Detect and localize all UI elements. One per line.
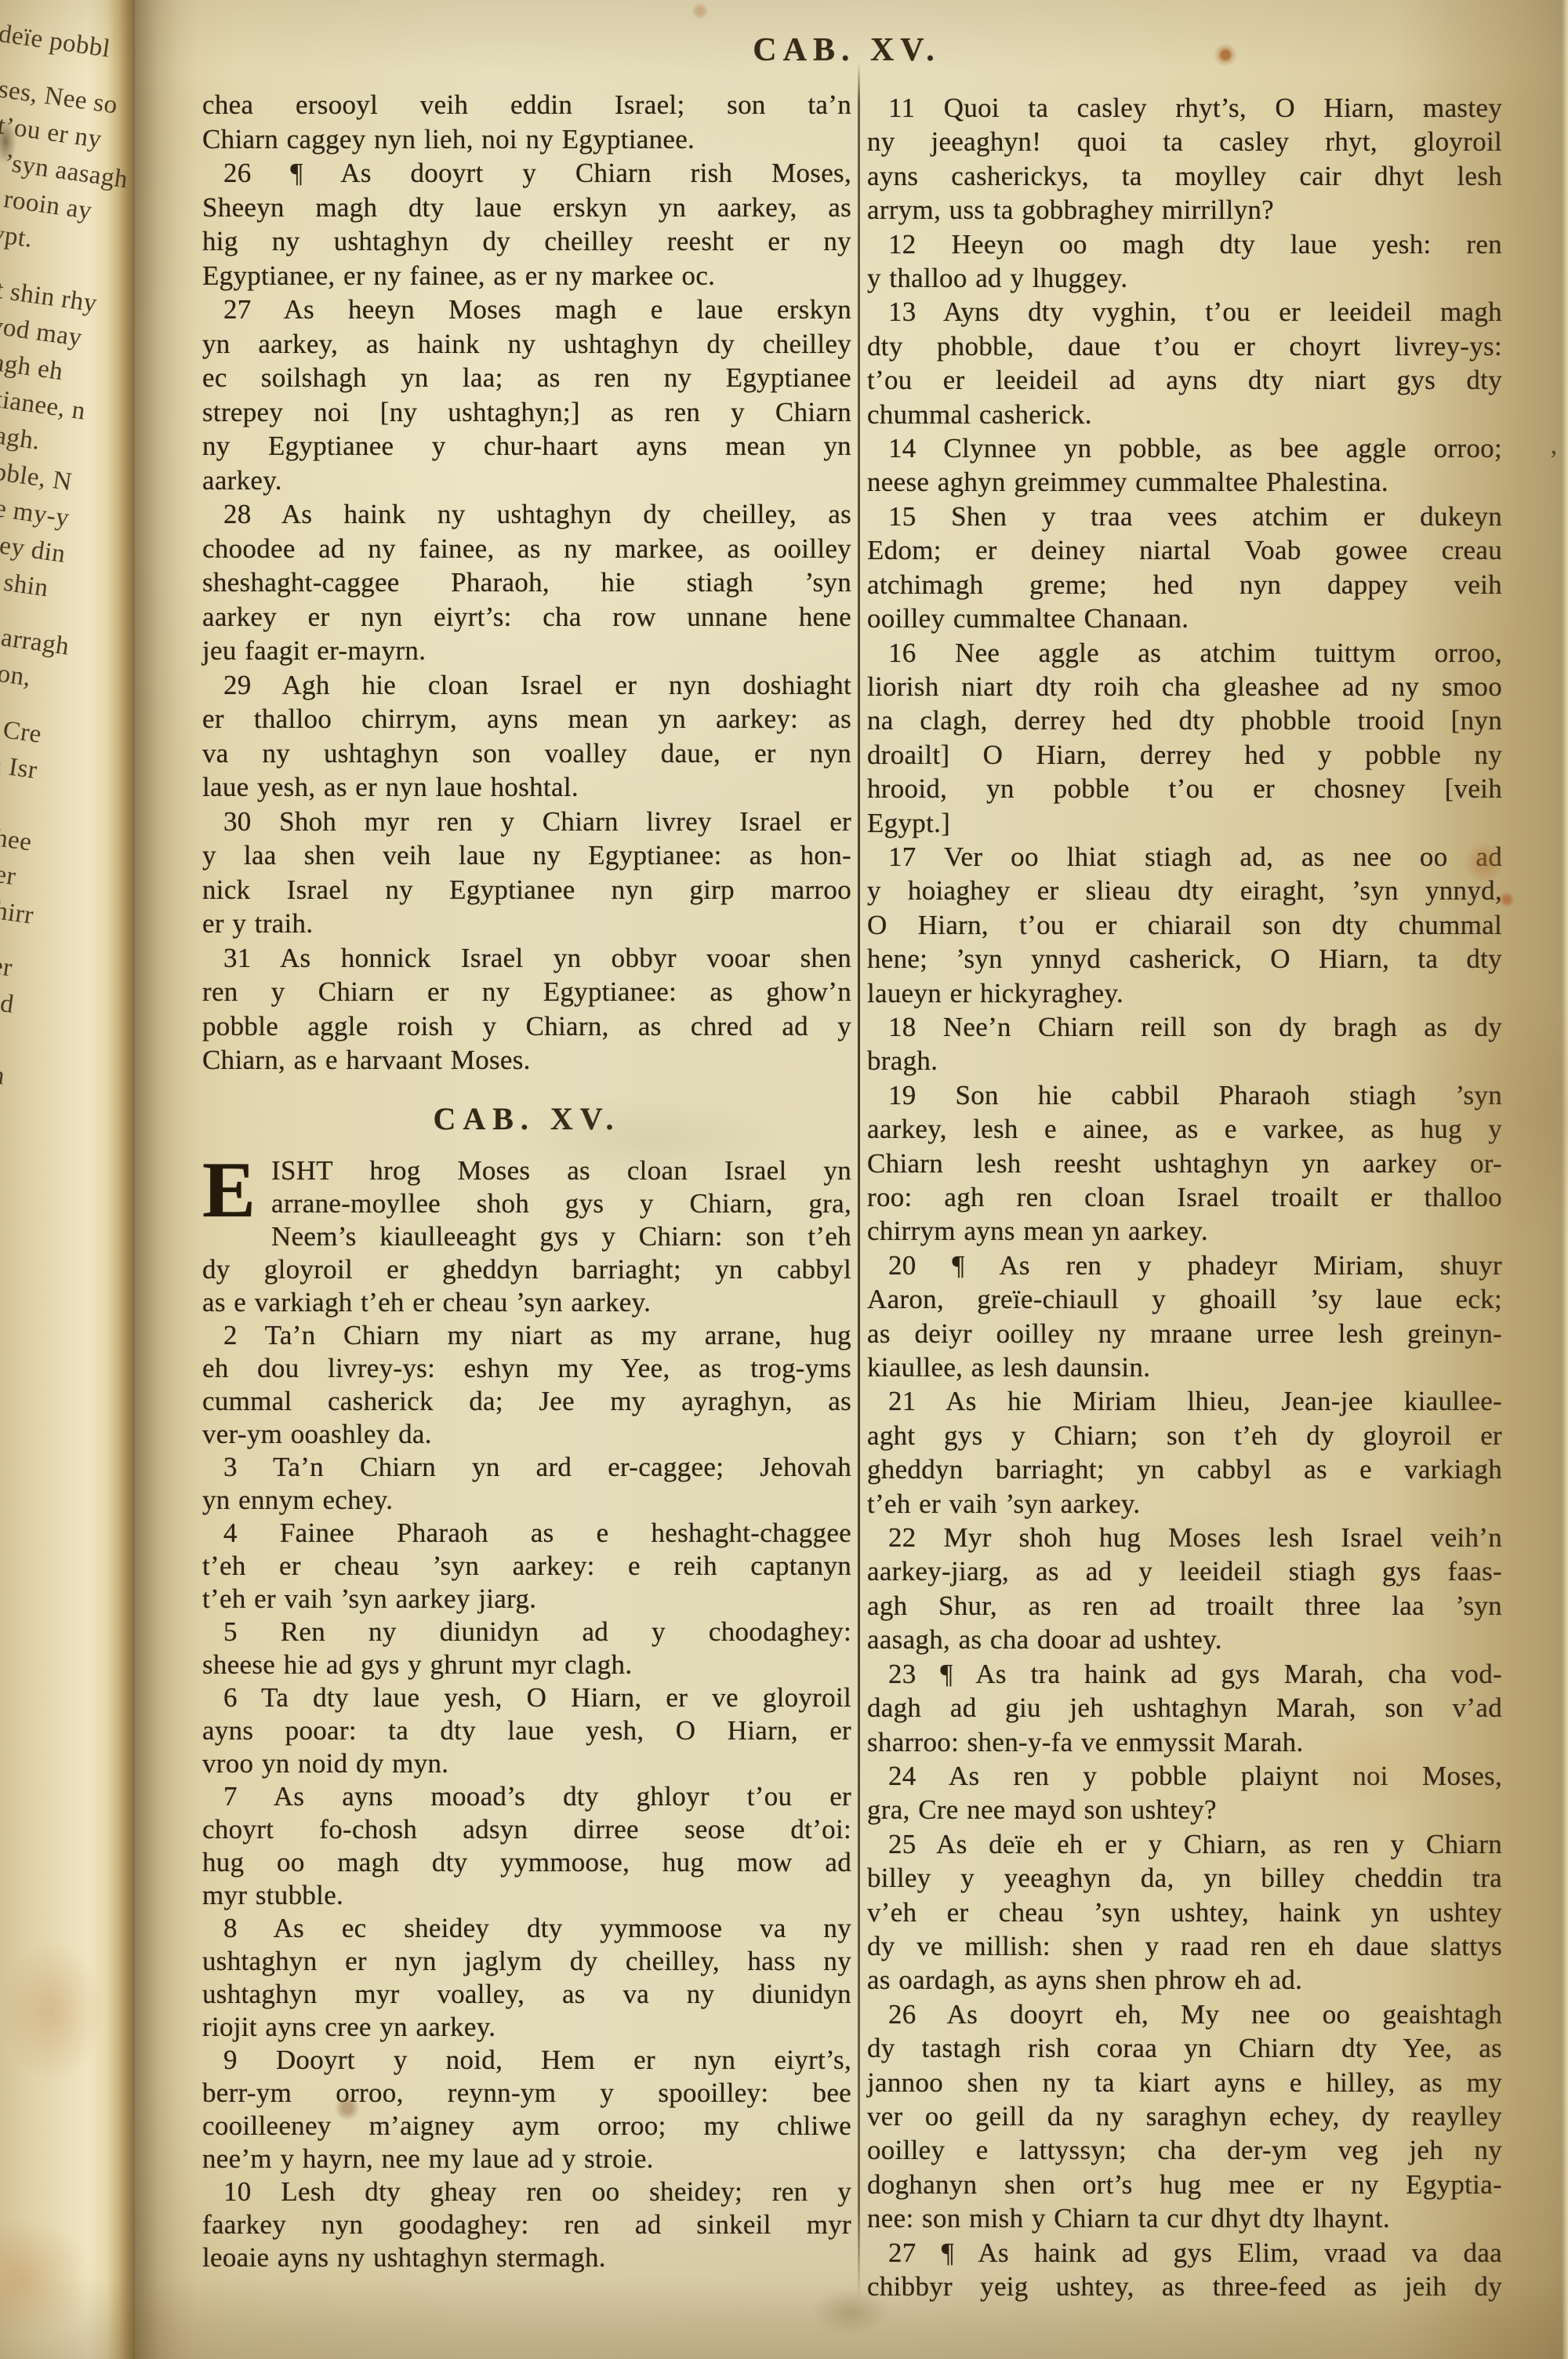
text-line: ec soilshagh yn laa; as ren ny Egyptiane…	[202, 361, 851, 395]
text-line: dy ve millish: shen y raad ren eh daue s…	[867, 1929, 1502, 1963]
text-line: nee’m y hayrn, nee my laue ad y stroie.	[202, 2143, 851, 2175]
text-line: er thalloo chirrym, ayns mean yn aarkey:…	[202, 702, 851, 736]
verse: 31 As honnick Israel yn obbyr vooar shen…	[202, 941, 851, 1078]
text-line: as e varkiagh t’eh er cheau ’syn aarkey.	[202, 1286, 851, 1319]
text-line: pobble aggle roish y Chiarn, as chred ad…	[202, 1009, 851, 1044]
verse: 19 Son hie cabbil Pharaoh stiagh ’synaar…	[867, 1078, 1502, 1249]
text-line: choyrt fo-chosh adsyn dirree seose dt’oi…	[202, 1813, 851, 1846]
verse: 13 Ayns dty vyghin, t’ou er leeideil mag…	[867, 295, 1502, 431]
verse: 6 Ta dty laue yesh, O Hiarn, er ve gloyr…	[202, 1681, 851, 1780]
text-line: Chiarn caggey nyn lieh, noi ny Egyptiane…	[202, 122, 851, 157]
verse: 26 ¶ As dooyrt y Chiarn rish Moses,Sheey…	[202, 156, 851, 293]
scanned-book-page: as deïe pobblMoses, Nee soypt t’ou er ny…	[0, 0, 1568, 2359]
text-line: billey y yeeaghyn da, yn billey cheddin …	[867, 1861, 1502, 1895]
text-line: hig ny ushtaghyn dy cheilley reesht er n…	[202, 224, 851, 259]
text-line: 4 Fainee Pharaoh as e heshaght-chaggee	[202, 1517, 851, 1550]
text-line: nick Israel ny Egyptianee nyn girp marro…	[202, 873, 851, 907]
verse: 29 Agh hie cloan Israel er nyn doshiaght…	[202, 668, 851, 805]
text-line: yn aarkey, as haink ny ushtaghyn dy chei…	[202, 327, 851, 362]
text-line: hug oo magh dty yymmoose, hug mow ad	[202, 1846, 851, 1879]
text-line: 28 As haink ny ushtaghyn dy cheilley, as	[202, 497, 851, 532]
text-line: sheese hie ad gys y ghrunt myr clagh.	[202, 1648, 851, 1681]
text-line: droailt] O Hiarn, derrey hed y pobble ny	[867, 738, 1502, 772]
text-line: gra, Cre nee mayd son ushtey?	[867, 1793, 1502, 1826]
verse: EISHT hrog Moses as cloan Israel ynarran…	[202, 1154, 851, 1319]
text-line: aarkey-jiarg, as ad y leeideil stiagh gy…	[867, 1554, 1502, 1588]
text-line: roo: agh ren cloan Israel troailt er tha…	[867, 1180, 1502, 1214]
verse: 26 As dooyrt eh, My nee oo geaishtaghdy …	[867, 1997, 1502, 2236]
text-line: ooilley cummaltee Chanaan.	[867, 602, 1502, 635]
text-line: 6 Ta dty laue yesh, O Hiarn, er ve gloyr…	[202, 1681, 851, 1714]
verse: 15 Shen y traa vees atchim er dukeynEdom…	[867, 500, 1502, 636]
text-line: y hoiaghey er slieau dty eiraght, ’syn y…	[867, 874, 1502, 907]
text-line: Aaron, greïe-chiaull y ghoaill ’sy laue …	[867, 1282, 1502, 1316]
text-line: as oardagh, as ayns shen phrow eh ad.	[867, 1963, 1502, 1997]
text-line: t’eh er vaih ’syn aarkey.	[867, 1487, 1502, 1521]
text-line: yn ennym echey.	[202, 1484, 851, 1517]
text-line: Edom; er deiney niartal Voab gowee creau	[867, 533, 1502, 567]
verse: 8 As ec sheidey dty yymmoose va nyushtag…	[202, 1912, 851, 2044]
text-line: chibbyr yeig ushtey, as three-feed as je…	[867, 2270, 1502, 2303]
text-line: arrane-moyllee shoh gys y Chiarn, gra,	[202, 1187, 851, 1220]
gutter-fold-shadow	[135, 0, 196, 2359]
verse: 27 As heeyn Moses magh e laue erskynyn a…	[202, 293, 851, 497]
text-line: choodee ad ny fainee, as ny markee, as o…	[202, 532, 851, 566]
verse: 16 Nee aggle as atchim tuittym orroo,lio…	[867, 636, 1502, 840]
text-line: dty phobble, daue t’ou er choyrt livrey-…	[867, 329, 1502, 363]
text-line: Egyptianee, er ny fainee, as er ny marke…	[202, 259, 851, 293]
text-line: v’eh er cheau ’syn ushtey, haink yn usht…	[867, 1896, 1502, 1929]
verse: 14 Clynnee yn pobble, as bee aggle orroo…	[867, 431, 1502, 500]
verse: 5 Ren ny diunidyn ad y choodaghey:sheese…	[202, 1616, 851, 1681]
text-line: Neem’s kiaulleeaght gys y Chiarn: son t’…	[202, 1220, 851, 1253]
chapter-heading: CAB. XV.	[202, 1101, 851, 1137]
text-line: aarkey.	[202, 463, 851, 498]
edge-fragment-line: dooyrt shin rhy	[0, 267, 99, 319]
text-line: ver oo geill da ny saraghyn echey, dy re…	[867, 2099, 1502, 2133]
text-line: 27 ¶ As haink ad gys Elim, vraad va daa	[867, 2236, 1502, 2270]
text-line: 21 As hie Miriam lhieu, Jean-jee kiaulle…	[867, 1384, 1502, 1418]
text-line: cummal casherick da; Jee my ayraghyn, as	[202, 1385, 851, 1418]
text-line: chummal casherick.	[867, 398, 1502, 431]
text-line: gheddyn barriaght; yn cabbyl as e varkia…	[867, 1452, 1502, 1486]
text-line: jeu faagit er-mayrn.	[202, 634, 851, 668]
verse-continuation: chea ersooyl veih eddin Israel; son ta’n…	[202, 88, 851, 156]
text-line: t’ou er leeideil ad ayns dty niart gys d…	[867, 363, 1502, 397]
text-line: liorish niart dty roih cha gleashee ad n…	[867, 670, 1502, 703]
text-line: ISHT hrog Moses as cloan Israel yn	[202, 1154, 851, 1187]
text-line: 30 Shoh myr ren y Chiarn livrey Israel e…	[202, 805, 851, 839]
text-line: ver-ym ooashley da.	[202, 1418, 851, 1451]
text-line: atchimagh greme; hed nyn dappey veih	[867, 568, 1502, 602]
text-line: 13 Ayns dty vyghin, t’ou er leeideil mag…	[867, 295, 1502, 329]
text-line: 29 Agh hie cloan Israel er nyn doshiaght	[202, 668, 851, 703]
text-line: t’eh er cheau ’syn aarkey: e reih captan…	[202, 1550, 851, 1583]
text-line: ayns pooar: ta dty laue yesh, O Hiarn, e…	[202, 1714, 851, 1747]
verse: 27 ¶ As haink ad gys Elim, vraad va daac…	[867, 2236, 1502, 2304]
edge-fragment-line: rish Moses, Cre	[0, 697, 43, 750]
stray-ink-mark: ’	[1549, 445, 1558, 475]
text-line: chea ersooyl veih eddin Israel; son ta’n	[202, 88, 851, 122]
edge-fragment-line: as deïe pobbl	[0, 16, 112, 64]
text-line: leoaie ayns ny ushtaghyn stermagh.	[202, 2241, 851, 2274]
edge-fragment-line: dty lorg, as shee	[0, 805, 34, 858]
text-line: neese aghyn greimmey cummaltee Phalestin…	[867, 465, 1502, 499]
text-line: 17 Ver oo lhiat stiagh ad, as nee oo ad	[867, 840, 1502, 874]
text-line: ushtaghyn er nyn jaglym dy cheilley, has…	[202, 1945, 851, 1978]
text-line: aarkey, lesh e ainee, as e varkee, as hu…	[867, 1112, 1502, 1146]
text-line: er y traih.	[202, 907, 851, 941]
text-line: 14 Clynnee yn pobble, as bee aggle orroo…	[867, 431, 1502, 465]
text-line: kiaullee, as lesh daunsin.	[867, 1350, 1502, 1384]
text-line: 8 As ec sheidey dty yymmoose va ny	[202, 1912, 851, 1945]
text-line: y laa shen veih laue ny Egyptianee: as h…	[202, 838, 851, 873]
edge-fragment-line: Moses, Nee so	[0, 70, 119, 120]
verse: 21 As hie Miriam lhieu, Jean-jee kiaulle…	[867, 1384, 1502, 1521]
verse: 17 Ver oo lhiat stiagh ad, as nee oo ady…	[867, 840, 1502, 1010]
text-line: ny Egyptianee y chur-haart ayns mean yn	[202, 429, 851, 463]
text-line: y thalloo ad y lhuggey.	[867, 261, 1502, 295]
text-line: bragh.	[867, 1044, 1502, 1078]
text-line: dy tastagh rish coraa yn Chiarn dty Yee,…	[867, 2031, 1502, 2065]
verse: 10 Lesh dty gheay ren oo sheidey; ren yf…	[202, 2175, 851, 2274]
text-line: 3 Ta’n Chiarn yn ard er-caggee; Jehovah	[202, 1451, 851, 1484]
text-line: 10 Lesh dty gheay ren oo sheidey; ren y	[202, 2175, 851, 2208]
text-line: ushtaghyn myr voalley, as va ny diunidyn	[202, 1978, 851, 2011]
text-line: doghanyn shen ort’s hug mee er ny Egypti…	[867, 2168, 1502, 2201]
text-line: as deiyr ooilley ny mraane urree lesh gr…	[867, 1317, 1502, 1350]
text-line: riojit ayns cree yn aarkey.	[202, 2011, 851, 2044]
text-line: 25 As deïe eh er y Chiarn, as ren y Chia…	[867, 1827, 1502, 1861]
text-line: chirrym ayns mean yn aarkey.	[867, 1214, 1502, 1248]
text-line: strepey noi [ny ushtaghyn;] as ren y Chi…	[202, 395, 851, 430]
text-line: jannoo shen ny ta kiart ayns e hilley, a…	[867, 2066, 1502, 2099]
text-line: cooilleeney m’aigney aym orroo; my chliw…	[202, 2110, 851, 2143]
verse: 4 Fainee Pharaoh as e heshaght-chaggeet’…	[202, 1517, 851, 1616]
edge-fragment-line: y-ner, neem’s er	[0, 930, 14, 983]
left-text-column: chea ersooyl veih eddin Israel; son ta’n…	[202, 88, 851, 2274]
text-line: 11 Quoi ta casley rhyt’s, O Hiarn, maste…	[867, 91, 1502, 125]
verse: 24 As ren y pobble plaiynt noi Moses,gra…	[867, 1759, 1502, 1827]
text-line: 31 As honnick Israel yn obbyr vooar shen	[202, 941, 851, 976]
text-line: 26 As dooyrt eh, My nee oo geaishtagh	[867, 1997, 1502, 2031]
text-line: 9 Dooyrt y noid, Hem er nyn eiyrt’s,	[202, 2044, 851, 2077]
text-line: laueyn er hickyraghey.	[867, 976, 1502, 1010]
text-line: myr stubble.	[202, 1879, 851, 1912]
text-line: nee: son mish y Chiarn ta cur dhyt dty l…	[867, 2201, 1502, 2235]
text-line: dagh ad giu jeh ushtaghyn Marah, son v’a…	[867, 1691, 1502, 1725]
text-line: 22 Myr shoh hug Moses lesh Israel veih’n	[867, 1521, 1502, 1554]
text-line: Egypt.]	[867, 806, 1502, 840]
verse: 30 Shoh myr ren y Chiarn livrey Israel e…	[202, 805, 851, 941]
verse: 7 As ayns mooad’s dty ghloyr t’ou erchoy…	[202, 1780, 851, 1912]
text-line: O Hiarn, t’ou er chiarail son dty chumma…	[867, 908, 1502, 942]
text-line: faarkey nyn goodaghey: ren ad sinkeil my…	[202, 2208, 851, 2241]
verse: 9 Dooyrt y noid, Hem er nyn eiyrt’s,berr…	[202, 2044, 851, 2175]
text-line: ny jeeaghyn! quoi ta casley rhyt, gloyro…	[867, 125, 1502, 158]
text-line: hene; ’syn ynnyd casherick, O Hiarn, ta …	[867, 942, 1502, 976]
text-line: agh Shur, as ren ad troailt three laa ’s…	[867, 1589, 1502, 1623]
text-line: arrym, uss ta gobbraghey mirrillyn?	[867, 193, 1502, 227]
text-line: 27 As heeyn Moses magh e laue erskyn	[202, 293, 851, 327]
verse: 23 ¶ As tra haink ad gys Marah, cha vod-…	[867, 1657, 1502, 1759]
text-line: ooilley e lattyssyn; cha der-ym veg jeh …	[867, 2133, 1502, 2167]
verse: 20 ¶ As ren y phadeyr Miriam, shuyrAaron…	[867, 1249, 1502, 1385]
text-line: na clagh, derrey hed dty phobble trooid …	[867, 703, 1502, 737]
page-edge-previous-page: as deïe pobblMoses, Nee soypt t’ou er ny…	[0, 0, 135, 2359]
text-line: 24 As ren y pobble plaiynt noi Moses,	[867, 1759, 1502, 1793]
text-line: ayns casherickys, ta moylley cair dhyt l…	[867, 159, 1502, 193]
text-line: berr-ym orroo, reynn-ym y spooilley: bee	[202, 2077, 851, 2110]
text-line: Chiarn, as e harvaant Moses.	[202, 1043, 851, 1078]
text-line: hrooid, yn pobble t’ou er chosney [veih	[867, 772, 1502, 805]
text-line: 26 ¶ As dooyrt y Chiarn rish Moses,	[202, 156, 851, 191]
text-line: 18 Nee’n Chiarn reill son dy bragh as dy	[867, 1010, 1502, 1044]
text-line: ren y Chiarn er ny Egyptianee: as ghow’n	[202, 975, 851, 1009]
text-line: sheshaght-caggee Pharaoh, hie stiagh ’sy…	[202, 565, 851, 600]
verse: 12 Heeyn oo magh dty laue yesh: reny tha…	[867, 227, 1502, 296]
text-line: 20 ¶ As ren y phadeyr Miriam, shuyr	[867, 1249, 1502, 1282]
text-line: va ny ushtaghyn son voalley daue, er nyn	[202, 736, 851, 771]
edge-fragment-line: Egypt.	[0, 213, 34, 254]
text-line: 12 Heeyn oo magh dty laue yesh: ren	[867, 227, 1502, 261]
text-line: eh dou livrey-ys: eshyn my Yee, as trog-…	[202, 1352, 851, 1385]
text-line: aarkey er nyn eiyrt’s: cha row unnane he…	[202, 600, 851, 634]
verse: 2 Ta’n Chiarn my niart as my arrane, hug…	[202, 1319, 851, 1451]
verse: 11 Quoi ta casley rhyt’s, O Hiarn, maste…	[867, 91, 1502, 227]
right-text-column: 11 Quoi ta casley rhyt’s, O Hiarn, maste…	[867, 91, 1502, 2303]
edge-fragment-line: l dy dragh arragh	[0, 607, 71, 661]
text-line: 19 Son hie cabbil Pharaoh stiagh ’syn	[867, 1078, 1502, 1112]
text-line: dy gloyroil er gheddyn barriaght; yn cab…	[202, 1253, 851, 1286]
text-line: aght gys y Chiarn; son t’eh dy gloyroil …	[867, 1419, 1502, 1452]
text-line: 5 Ren ny diunidyn ad y choodaghey:	[202, 1616, 851, 1648]
text-line: aasagh, as cha dooar ad ushtey.	[867, 1623, 1502, 1656]
verse: 3 Ta’n Chiarn yn ard er-caggee; Jehovahy…	[202, 1451, 851, 1517]
text-line: laue yesh, as er nyn laue hoshtal.	[202, 770, 851, 805]
edge-fragment-line: ey e heshaght-ch	[0, 1038, 6, 1092]
column-divider-rule	[858, 63, 860, 2299]
text-line: sharroo: shen-y-fa ve enmyssit Marah.	[867, 1725, 1502, 1759]
text-line: 23 ¶ As tra haink ad gys Marah, cha vod-	[867, 1657, 1502, 1691]
text-line: 15 Shen y traa vees atchim er dukeyn	[867, 500, 1502, 533]
text-line: Sheeyn magh dty laue erskyn yn aarkey, a…	[202, 191, 851, 225]
text-line: 2 Ta’n Chiarn my niart as my arrane, hug	[202, 1319, 851, 1352]
text-line: vroo yn noid dy myn.	[202, 1747, 851, 1780]
verse: 22 Myr shoh hug Moses lesh Israel veih’n…	[867, 1521, 1502, 1657]
text-line: t’eh er vaih ’syn aarkey jiarg.	[202, 1583, 851, 1616]
page-edge-fragment-text: as deïe pobblMoses, Nee soypt t’ou er ny…	[0, 5, 135, 42]
text-line: 16 Nee aggle as atchim tuittym orroo,	[867, 636, 1502, 670]
verse: 25 As deïe eh er y Chiarn, as ren y Chia…	[867, 1827, 1502, 1997]
running-head: CAB. XV.	[721, 31, 972, 69]
verse: 28 As haink ny ushtaghyn dy cheilley, as…	[202, 497, 851, 668]
drop-cap-letter: E	[202, 1159, 262, 1222]
text-line: Chiarn lesh reesht ushtaghyn yn aarkey o…	[867, 1147, 1502, 1180]
text-line: 7 As ayns mooad’s dty ghloyr t’ou er	[202, 1780, 851, 1813]
verse: 18 Nee’n Chiarn reill son dy bragh as dy…	[867, 1010, 1502, 1078]
